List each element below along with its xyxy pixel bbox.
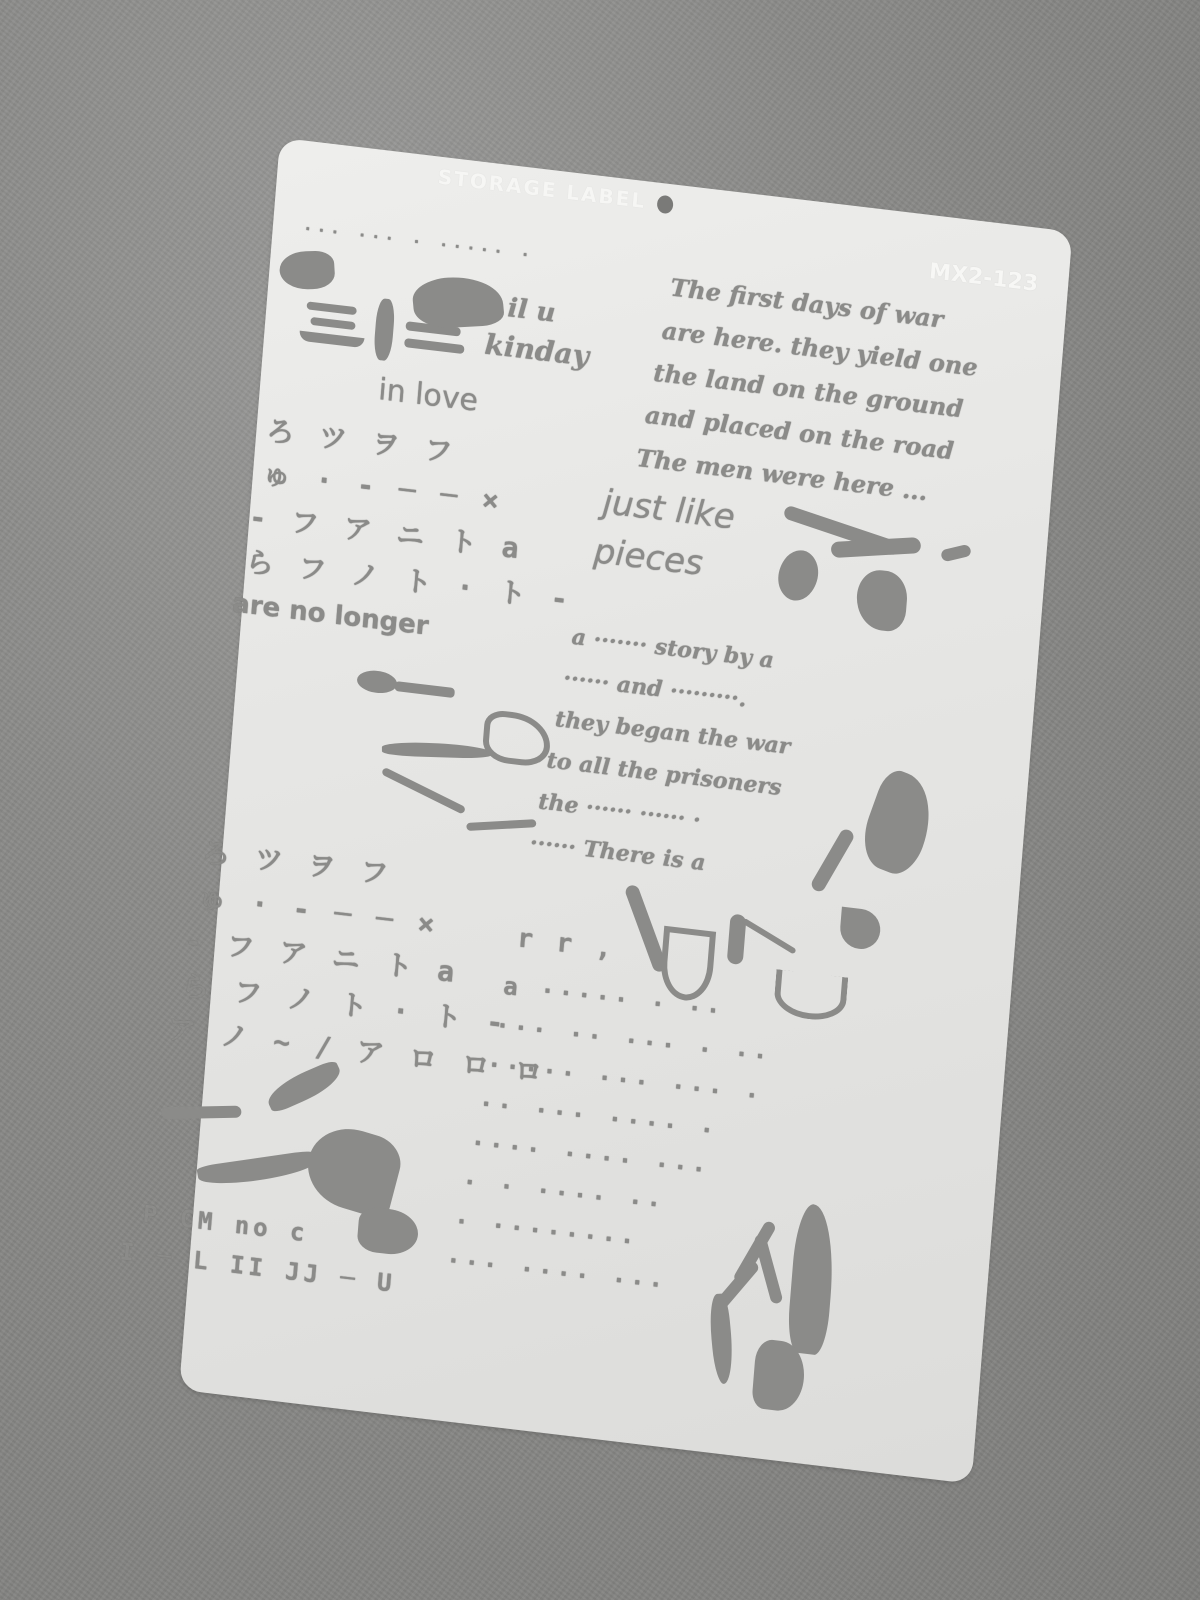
stencil-sheet: STORAGE LABEL MX2-123 ··· ··· · ····· · … bbox=[179, 138, 1072, 1484]
fragment-il-u: il u bbox=[507, 293, 557, 328]
phrase-just-like: just like bbox=[601, 482, 736, 537]
cursive-line: a ······· story by a bbox=[571, 624, 775, 674]
phrase-pieces: pieces bbox=[592, 531, 704, 584]
phrase-in-love: in love bbox=[377, 372, 479, 419]
cursive-line: ······ There is a bbox=[529, 830, 706, 877]
fragment-top: ··· ··· · ····· · bbox=[302, 219, 535, 265]
fragment-line: r r , bbox=[516, 923, 616, 964]
cursive-line: the ······ ······ · bbox=[537, 788, 701, 833]
hang-hole bbox=[656, 195, 673, 215]
fragment-kinday: kinday bbox=[483, 328, 590, 373]
cursive-line: ······ and ·········. bbox=[562, 665, 747, 713]
product-code: MX2-123 bbox=[928, 259, 1039, 297]
